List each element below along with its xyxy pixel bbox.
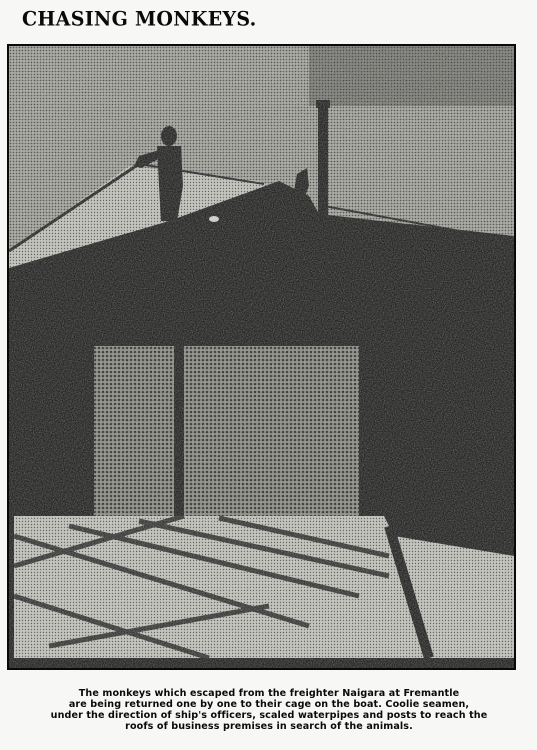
photo-caption: The monkeys which escaped from the freig… [14,688,524,732]
caption-line: The monkeys which escaped from the freig… [14,688,524,699]
news-photograph [7,44,516,670]
caption-line: under the direction of ship's officers, … [14,710,524,721]
caption-line: are being returned one by one to their c… [14,699,524,710]
photo-illustration [9,46,514,668]
caption-line: roofs of business premises in search of … [14,721,524,732]
headline: CHASING MONKEYS. [22,7,257,30]
